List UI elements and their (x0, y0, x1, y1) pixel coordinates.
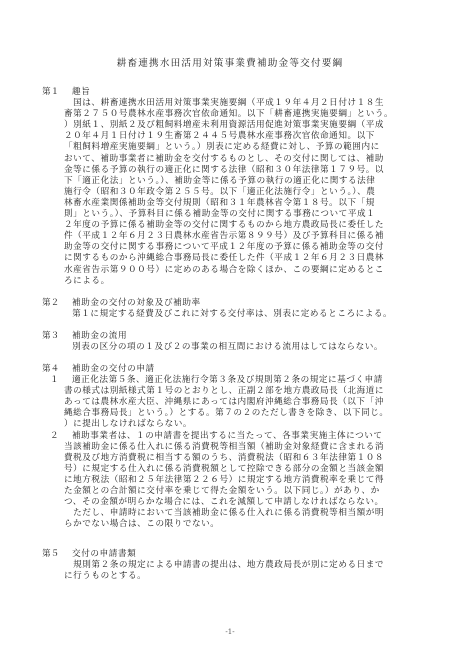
paragraph-line: ２年度の予算に係る補助金等の交付に関するものから地方農政局長に委任した (64, 220, 422, 231)
paragraph-line: 「粗飼料増産実施要綱」という。）別表に定める経費に対し、予算の範囲内に (64, 142, 422, 153)
page-number: -1- (0, 628, 460, 636)
section-title: 補助金の流用 (72, 331, 127, 342)
paragraph-line: 補助事業者は、１の申請書を提出するに当たって、各事業実施主体について (64, 431, 383, 442)
section-application: 第４ 補助金の交付の申請 １ 適正化法第５条、適正化法施行令第３条及び規則第２条… (42, 364, 422, 530)
paragraph-line: ただし、申請時において当該補助金に係る仕入れに係る消費税等相当額が明 (64, 508, 422, 519)
document-title: 耕畜連携水田活用対策事業費補助金等交付要綱 (0, 55, 460, 69)
paragraph-line: 施行令（昭和３０年政令第２５５号。以下「適正化法施行令」という。）、農 (64, 187, 422, 198)
paragraph-line: 下「適正化法」という。）、補助金等に係る予算の執行の適正化に関する法律 (64, 176, 422, 187)
paragraph-line: 林畜水産業関係補助金等交付規則（昭和３１年農林省令第１８号。以下「規 (64, 198, 422, 209)
section-number: 第２ (42, 298, 72, 309)
paragraph-line: つ、その金額が明らかな場合には、これを減額して申請しなければならない。 (64, 497, 422, 508)
paragraph-line: 金等に係る予算の執行の適正化に関する法律（昭和３０年法律第１７９号。以 (64, 165, 422, 176)
section-heading: 第４ 補助金の交付の申請 (42, 364, 422, 375)
section-heading: 第１ 趣旨 (42, 87, 422, 98)
paragraph-line: 号）に規定する仕入れに係る消費税額として控除できる部分の金額と当該金額 (64, 464, 422, 475)
paragraph-line: 当該補助金に係る仕入れに係る消費税等相当額（補助金対象経費に含まれる消 (64, 442, 422, 453)
numbered-item: １ 適正化法第５条、適正化法施行令第３条及び規則第２条の規定に基づく申請 書の様… (42, 375, 422, 430)
section-number: 第４ (42, 364, 72, 375)
paragraph-line: 縄総合事務局長」という。）とする。第７の２のただし書きを除き、以下同じ。 (64, 408, 422, 419)
numbered-item: ２ 補助事業者は、１の申請書を提出するに当たって、各事業実施主体について 当該補… (42, 431, 422, 531)
section-title: 補助金の交付の対象及び補助率 (72, 298, 201, 309)
document-page: 耕畜連携水田活用対策事業費補助金等交付要綱 第１ 趣旨 国は、耕畜連携水田活用対… (0, 0, 460, 645)
paragraph-line: ）別紙１、別紙２及び粗飼料増産未利用資源活用促進対策事業実施要綱（平成 (64, 120, 422, 131)
section-purpose: 第１ 趣旨 国は、耕畜連携水田活用対策事業実施要綱（平成１９年４月２日付け１８生… (42, 87, 422, 287)
paragraph-line: おいて、補助事業者に補助金を交付するものとし、その交付に関しては、補助 (64, 154, 422, 165)
paragraph-line: 畜第２７５０号農林水産事務次官依命通知。以下「耕畜連携実施要綱」という。 (64, 109, 422, 120)
paragraph-line: 則」という。）、予算科目に係る補助金等の交付に関する事務について平成１ (64, 209, 422, 220)
paragraph-line: に行うものとする。 (64, 571, 422, 582)
paragraph-line: 書の様式は別紙様式第１号のとおりとし、正副２部を地方農政局長（北海道に (64, 386, 422, 397)
section-title: 趣旨 (72, 87, 90, 98)
paragraph-line: に関するものから沖縄総合事務局長に委任した件（平成１２年６月２３日農林 (64, 253, 422, 264)
paragraph-line: 別表の区分の項の１及び２の事業の相互間における流用はしてはならない。 (63, 342, 422, 353)
section-number: 第３ (42, 331, 72, 342)
paragraph-line: 第１に規定する経費及びこれに対する交付率は、別表に定めるところによる。 (63, 309, 422, 320)
paragraph-line: 水産省告示第９００号）に定めのある場合を除くほか、この要綱に定めるとこ (64, 265, 422, 276)
section-number: 第１ (42, 87, 72, 98)
paragraph-line: らかでない場合は、この限りでない。 (64, 519, 422, 530)
section-title: 交付の申請書類 (72, 549, 136, 560)
paragraph-line: ）に提出しなければならない。 (64, 419, 422, 430)
section-heading: 第３ 補助金の流用 (42, 331, 422, 342)
paragraph-line: 費税及び地方消費税に相当する額のうち、消費税法（昭和６３年法律第１０８ (64, 453, 422, 464)
section-subsidy-diversion: 第３ 補助金の流用 別表の区分の項の１及び２の事業の相互間における流用はしてはな… (42, 331, 422, 353)
paragraph-line: に地方税法（昭和２５年法律第２２６号）に規定する地方消費税率を乗じて得 (64, 475, 422, 486)
section-heading: 第５ 交付の申請書類 (42, 549, 422, 560)
paragraph-line: た金額との合計額に交付率を乗じて得た金額をいう。以下同じ。）があり、か (64, 486, 422, 497)
section-subsidy-target: 第２ 補助金の交付の対象及び補助率 第１に規定する経費及びこれに対する交付率は、… (42, 298, 422, 320)
paragraph-line: 規則第２条の規定による申請書の提出は、地方農政局長が別に定める日まで (64, 560, 422, 571)
paragraph-line: 件（平成１２年６月２３日農林水産省告示第８９９号）及び予算科目に係る補 (64, 231, 422, 242)
paragraph-line: あっては農林水産大臣、沖縄県にあっては内閣府沖縄総合事務局長（以下「沖 (64, 397, 422, 408)
paragraph-line: 国は、耕畜連携水田活用対策事業実施要綱（平成１９年４月２日付け１８生 (64, 98, 422, 109)
item-number: ２ (42, 431, 64, 442)
section-number: 第５ (42, 549, 72, 560)
item-number: １ (42, 375, 64, 386)
paragraph-line: 助金等の交付に関する事務について平成１２年度の予算に係る補助金等の交付 (64, 242, 422, 253)
paragraph-line: ２０年４月１日付け１９生畜第２４４５号農林水産事務次官依命通知。以下 (64, 131, 422, 142)
paragraph-line: ろによる。 (64, 276, 422, 287)
section-application-documents: 第５ 交付の申請書類 規則第２条の規定による申請書の提出は、地方農政局長が別に定… (42, 549, 422, 582)
section-heading: 第２ 補助金の交付の対象及び補助率 (42, 298, 422, 309)
paragraph-line: 適正化法第５条、適正化法施行令第３条及び規則第２条の規定に基づく申請 (64, 375, 383, 386)
section-title: 補助金の交付の申請 (72, 364, 155, 375)
